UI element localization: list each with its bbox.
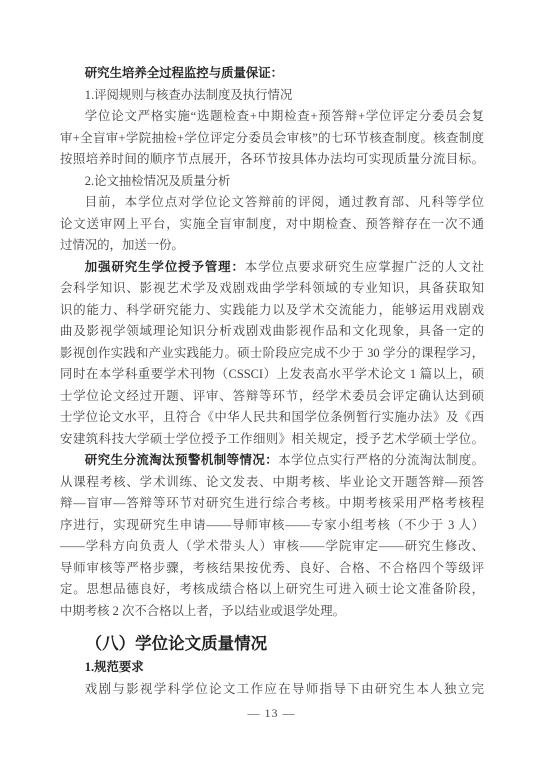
text-line: 审+全盲审+学院抽检+学位评定分委员会审核”的七环节核查制度。核查制度 [60, 128, 484, 150]
document-page: 研究生培养全过程监控与质量保证：1.评阅规则与核查办法制度及执行情况学位论文严格… [0, 0, 543, 768]
page-number: — 13 — [0, 706, 543, 726]
text-line: 从课程考核、学术训练、论文发表、中期考核、毕业论文开题答辩—预答 [60, 472, 484, 494]
section-heading: （八）学位论文质量情况 [60, 631, 484, 657]
text-line: 曲及影视学领域理论知识分析戏剧戏曲影视作品和文化现象，具备一定的 [60, 321, 484, 343]
text-line: 识的能力、科学研究能力、实践能力以及学术交流能力，能够运用戏剧戏 [60, 300, 484, 322]
text-line: 1.评阅规则与核查办法制度及执行情况 [60, 85, 484, 107]
text-line: 导师审核等严格步骤，考核结果按优秀、良好、合格、不合格四个等级评 [60, 558, 484, 580]
text-line: 序进行，实现研究生申请——导师审核——专家小组考核（不少于 3 人） [60, 515, 484, 537]
text-line: 论文送审网上平台，实施全盲审制度，对中期检查、预答辩存在一次不通 [60, 214, 484, 236]
text-line: 中期考核 2 次不合格以上者，予以结业或退学处理。 [60, 601, 484, 623]
text-line: 同时在本学科重要学术刊物（CSSCI）上发表高水平学术论文 1 篇以上，硕 [60, 364, 484, 386]
text-block: 研究生培养全过程监控与质量保证：1.评阅规则与核查办法制度及执行情况学位论文严格… [60, 63, 484, 700]
text-line: 目前，本学位点对学位论文答辩前的评阅，通过教育部、凡科等学位 [60, 192, 484, 214]
text-line: 1.规范要求 [60, 657, 484, 679]
text-line: 过情况的，加送一份。 [60, 235, 484, 257]
text-line: ——学科方向负责人（学术带头人）审核——学院审定——研究生修改、 [60, 536, 484, 558]
text-line: 会科学知识、影视艺术学及戏剧戏曲学学科领域的专业知识，具备获取知 [60, 278, 484, 300]
text-line: 学位论文严格实施“选题检查+中期检查+预答辩+学位评定分委员会复 [60, 106, 484, 128]
text-line: 2.论文抽检情况及质量分析 [60, 171, 484, 193]
text-line: 士学位论文经过开题、评审、答辩等环节，经学术委员会评定确认达到硕 [60, 386, 484, 408]
text-line: 影视创作实践和产业实践能力。硕士阶段应完成不少于 30 学分的课程学习， [60, 343, 484, 365]
text-line: 加强研究生学位授予管理：本学位点要求研究生应掌握广泛的人文社 [60, 257, 484, 279]
text-line: 安建筑科技大学硕士学位授予工作细则》相关规定，授予艺术学硕士学位。 [60, 429, 484, 451]
bold-lead-in: 研究生分流淘汰预警机制等情况： [85, 453, 278, 467]
text-line: 士学位论文水平，且符合《中华人民共和国学位条例暂行实施办法》及《西 [60, 407, 484, 429]
text-line: 研究生培养全过程监控与质量保证： [60, 63, 484, 85]
text-line: 戏剧与影视学科学位论文工作应在导师指导下由研究生本人独立完 [60, 679, 484, 701]
text-line: 辩—盲审—答辩等环节对研究生进行综合考核。中期考核采用严格考核程 [60, 493, 484, 515]
bold-lead-in: 加强研究生学位授予管理： [85, 260, 245, 274]
text-line: 研究生分流淘汰预警机制等情况：本学位点实行严格的分流淘汰制度。 [60, 450, 484, 472]
text-line: 定。思想品德良好，考核成绩合格以上研究生可进入硕士论文准备阶段， [60, 579, 484, 601]
text-line: 按照培养时间的顺序节点展开，各环节按具体办法均可实现质量分流目标。 [60, 149, 484, 171]
